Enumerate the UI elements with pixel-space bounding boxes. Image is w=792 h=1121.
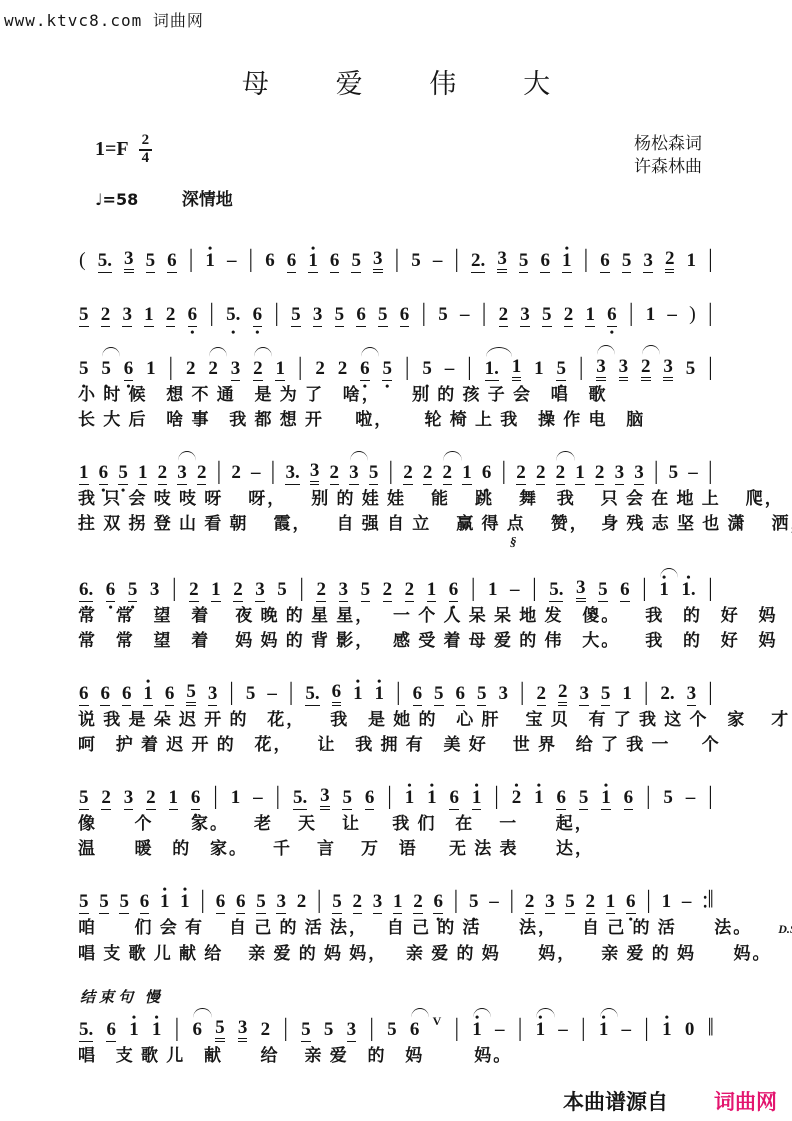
note-token: 3 <box>618 357 630 381</box>
notes-row: 523216•|1–|5.356|1•1•61•|2•1•651•6|5–| <box>78 777 714 810</box>
slur-arc <box>361 347 379 357</box>
note-token: 5 <box>668 463 680 485</box>
note-token: 6 <box>264 251 276 273</box>
note-token: 2 <box>442 463 454 485</box>
song-title: 母 爱 伟 大 <box>0 62 792 101</box>
note-token: 5. <box>97 251 113 273</box>
note-token: 2 <box>260 1020 272 1042</box>
barline: | <box>199 887 206 916</box>
barline: | <box>298 575 305 604</box>
notes-row: 55561•1•|66532|523126•|5•–|235216•|1–:‖ <box>78 881 714 914</box>
note-token: 5 <box>541 305 553 327</box>
barline: | <box>531 575 538 604</box>
note-token: 5 <box>685 359 697 381</box>
note-token: 5 <box>621 251 633 273</box>
note-token: 2 <box>594 463 606 485</box>
note-token: 1.• <box>680 580 696 602</box>
watermark-text: www.ktvc8.com 词曲网 <box>4 8 204 31</box>
note-token: 1 <box>661 892 673 914</box>
note-token: 1• <box>307 251 319 273</box>
note-token: 1• <box>374 684 386 706</box>
dash-extension: – <box>666 305 678 327</box>
note-token: 6• <box>190 788 202 810</box>
lyrics-row: 像 个 家。 老 天 让 我 们 在 一 起， <box>78 813 714 835</box>
barline: | <box>453 246 460 275</box>
note-token: 1 <box>230 788 242 810</box>
note-token: 5. <box>548 580 564 602</box>
slur-arc <box>473 1008 491 1018</box>
note-token: 3 <box>338 580 350 602</box>
note-token: 2 <box>145 788 157 810</box>
lyrics-row: 呵 护 着 迟 开 的 花， 让 我 拥 有 美 好 世 界 给 了 我 一 个 <box>78 734 714 756</box>
notes-row: 6.•6•5•3|21235|2352216•|1–|5.356|1•1.•| <box>78 569 714 602</box>
barline: | <box>643 1015 650 1044</box>
octave-dot-below: • <box>472 913 476 925</box>
note-token: 1• <box>404 788 416 810</box>
note-token: 6 <box>619 580 631 602</box>
note-token: 2• <box>511 788 523 810</box>
barline: | <box>274 783 281 812</box>
barline: | <box>470 575 477 604</box>
note-token: 6 <box>331 682 343 706</box>
note-token: 3 <box>149 580 161 602</box>
note-token: 2 <box>165 305 177 327</box>
octave-dot-above: • <box>356 675 360 687</box>
octave-dot-below: • <box>108 601 112 613</box>
slur-arc <box>486 347 512 357</box>
note-token: 3 <box>348 463 360 485</box>
note-token: 1• <box>471 1020 483 1042</box>
octave-dot-below: • <box>559 380 563 392</box>
key-signature: 1=F 2 4 <box>95 133 152 167</box>
note-token: 2 <box>185 359 197 381</box>
note-token: 6 <box>191 1020 203 1042</box>
notes-row: 523126•|5.•6•|535656|5–|235216•|1–)| <box>78 294 714 327</box>
notes-row: (5.356|1•–|661•653|5–|2.3561•|65321| <box>78 240 714 273</box>
note-token: 2 <box>232 580 244 602</box>
note-token: 1 <box>621 684 633 706</box>
note-token: 3 <box>275 892 287 914</box>
note-token: 2 <box>515 463 527 485</box>
slur-arc <box>660 568 678 578</box>
note-token: 2 <box>230 463 242 485</box>
barline: | <box>288 679 295 708</box>
note-token: 2 <box>557 682 569 706</box>
note-token: 3. <box>284 463 300 485</box>
octave-dot-below: • <box>451 601 455 613</box>
note-token: 2 <box>100 305 112 327</box>
note-token: 5 <box>433 684 445 706</box>
note-token: 6• <box>432 892 444 914</box>
octave-dot-above: • <box>604 779 608 791</box>
dash-extension: – <box>494 1020 506 1042</box>
notes-row: 6661•653|5–|5.61•1•|65653|22351|2.3| <box>78 673 714 706</box>
note-token: 6 <box>99 684 111 706</box>
note-token: 2 <box>404 580 416 602</box>
note-token: 3 <box>578 684 590 706</box>
barline: | <box>653 458 660 487</box>
note-token: 1• <box>204 251 216 273</box>
note-token: 2 <box>524 892 536 914</box>
note-token: 5 <box>331 892 343 914</box>
note-token: 1 <box>605 892 617 914</box>
note-token: 2 <box>412 892 424 914</box>
octave-dot-below: • <box>104 380 108 392</box>
dash-extension: – <box>250 463 262 485</box>
phrase-paren: ) <box>688 304 697 327</box>
note-token: 2 <box>188 580 200 602</box>
barline: | <box>707 246 714 275</box>
note-token: 1 <box>426 580 438 602</box>
octave-dot-below: • <box>629 913 633 925</box>
note-token: 3 <box>544 892 556 914</box>
note-token: 5 <box>564 892 576 914</box>
note-token: 5 <box>334 305 346 327</box>
note-token: 5 <box>377 305 389 327</box>
octave-dot-above: • <box>430 779 434 791</box>
note-token: 1• <box>661 1020 673 1042</box>
expression-marking: 深情地 <box>182 190 233 210</box>
note-token: 5 <box>185 682 197 706</box>
octave-dot-above: • <box>208 242 212 254</box>
note-token: 6• <box>606 305 618 327</box>
note-token: 5. <box>292 788 308 810</box>
note-token: 5• <box>381 359 393 381</box>
note-token: 2 <box>555 463 567 485</box>
ds-mark: D.S. <box>778 922 792 936</box>
octave-dot-below: • <box>385 380 389 392</box>
note-token: 5 <box>662 788 674 810</box>
note-token: 2 <box>536 684 548 706</box>
slur-arc <box>193 1008 211 1018</box>
note-token: 5 <box>300 1020 312 1042</box>
note-token: 6 <box>599 251 611 273</box>
barline: | <box>580 1015 587 1044</box>
octave-dot-above: • <box>146 675 150 687</box>
slur-arc <box>178 451 196 461</box>
lyrics-row: 唱 支 歌 儿 献 给 亲 爱 的 妈 妈。 <box>78 1045 714 1067</box>
note-token: 6• <box>625 892 637 914</box>
octave-dot-below: • <box>485 484 489 496</box>
lyrics-row: 长 大 后 啥 事 我 都 想 开 啦， 轮 椅 上 我 操 作 电 脑 <box>78 409 714 431</box>
octave-dot-below: • <box>436 913 440 925</box>
dash-extension: – <box>509 580 521 602</box>
barline: :‖ <box>701 887 714 916</box>
barline: | <box>282 1015 289 1044</box>
note-token: 6 <box>399 305 411 327</box>
barline: | <box>394 246 401 275</box>
note-token: 1• <box>535 1020 547 1042</box>
dash-extension: – <box>432 251 444 273</box>
time-signature-denominator: 4 <box>142 151 150 167</box>
note-token: 1 <box>168 788 180 810</box>
note-token: 3 <box>497 684 509 706</box>
barline: | <box>228 679 235 708</box>
lyrics-row: 温 暖 的 家。 千 言 万 语 无 法 表 达， <box>78 838 714 860</box>
note-token: 5• <box>555 359 567 381</box>
note-token: 5 <box>578 788 590 810</box>
notes-row: 16•5•1232|2–|3.3235|22216•|2221233|5–| <box>78 452 714 485</box>
note-token: 3 <box>346 1020 358 1042</box>
note-token: 3 <box>312 305 324 327</box>
slur-arc <box>600 1008 618 1018</box>
barline: | <box>493 783 500 812</box>
note-token: 2 <box>100 788 112 810</box>
note-token: 3 <box>642 251 654 273</box>
breath-mark: V <box>432 1022 443 1042</box>
barline: | <box>168 354 175 383</box>
note-token: 5 <box>323 1020 335 1042</box>
barline: | <box>420 300 427 329</box>
note-token: 3 <box>372 249 384 273</box>
note-token: 3 <box>575 578 587 602</box>
note-token: 5 <box>518 251 530 273</box>
note-token: 3 <box>237 1018 249 1042</box>
note-token: 3 <box>123 788 135 810</box>
note-token: 5• <box>100 359 112 381</box>
barline: | <box>270 458 277 487</box>
note-token: 5 <box>476 684 488 706</box>
barline: | <box>707 679 714 708</box>
note-token: 6 <box>555 788 567 810</box>
note-token: 1• <box>598 1020 610 1042</box>
barline: | <box>643 679 650 708</box>
barline: | <box>707 783 714 812</box>
octave-dot-below: • <box>130 601 134 613</box>
source-prefix: 本曲谱源自 <box>563 1086 668 1116</box>
note-token: 3 <box>662 357 674 381</box>
composer-credit: 许森林曲 <box>634 155 702 178</box>
barline: | <box>404 354 411 383</box>
barline: | <box>628 300 635 329</box>
note-token: 1 <box>584 305 596 327</box>
slur-arc <box>209 347 227 357</box>
note-token: 2 <box>157 463 169 485</box>
note-token: 6 <box>409 1020 421 1042</box>
note-token: 6• <box>187 305 199 327</box>
note-token: 3 <box>496 249 508 273</box>
note-token: 6 <box>286 251 298 273</box>
note-token: 2 <box>535 463 547 485</box>
note-token: 3 <box>121 305 133 327</box>
music-system: (5.356|1•–|661•653|5–|2.3561•|65321| <box>78 240 714 273</box>
octave-dot-above: • <box>686 571 690 583</box>
note-token: 1 <box>461 463 473 485</box>
note-token: 2 <box>382 580 394 602</box>
note-token: 6• <box>252 305 264 327</box>
score: (5.356|1•–|661•653|5–|2.3561•|65321|5231… <box>78 240 714 1088</box>
note-token: 1 <box>511 357 523 381</box>
music-system: 523126•|5.•6•|535656|5–|235216•|1–)| <box>78 294 714 327</box>
note-token: 1 <box>78 463 90 485</box>
music-system: 55561•1•|66532|523126•|5•–|235216•|1–:‖咱… <box>78 881 714 965</box>
barline: | <box>174 1015 181 1044</box>
note-token: 5 <box>245 684 257 706</box>
note-token: 2 <box>329 463 341 485</box>
note-token: 2 <box>196 463 208 485</box>
notes-row: 5•5•6•1|22321|226•5•|5•–|1.115•|33235| <box>78 348 714 381</box>
note-token: 2 <box>296 892 308 914</box>
note-token: 3 <box>176 463 188 485</box>
note-token: 3 <box>519 305 531 327</box>
octave-dot-below: • <box>121 484 125 496</box>
octave-dot-below: • <box>610 326 614 338</box>
note-token: 6 <box>623 788 635 810</box>
octave-dot-below: • <box>231 326 235 338</box>
barline: | <box>216 458 223 487</box>
note-token: 6• <box>448 580 460 602</box>
note-token: 6• <box>123 359 135 381</box>
note-token: 1• <box>151 1020 163 1042</box>
barline: | <box>453 1015 460 1044</box>
octave-dot-below: • <box>126 380 130 392</box>
dash-extension: – <box>621 1020 633 1042</box>
quarter-note-icon: ♩ <box>95 190 103 209</box>
note-token: 5 <box>145 251 157 273</box>
dash-extension: – <box>488 892 500 914</box>
note-token: 5 <box>597 580 609 602</box>
note-token: 2 <box>314 359 326 381</box>
barline: | <box>707 458 714 487</box>
barline: | <box>316 887 323 916</box>
slur-arc <box>102 347 120 357</box>
note-token: 5• <box>78 359 90 381</box>
note-token: 6.• <box>78 580 94 602</box>
note-token: 6 <box>364 788 376 810</box>
note-token: 3 <box>372 892 384 914</box>
music-system: 523216•|1–|5.356|1•1•61•|2•1•651•6|5–|像 … <box>78 777 714 860</box>
octave-dot-above: • <box>407 779 411 791</box>
note-token: 1• <box>352 684 364 706</box>
note-token: 6• <box>105 580 117 602</box>
barline: | <box>171 575 178 604</box>
lyrics-row: 常 常 望 着 妈 妈 的 背 影， 感 受 着 母 爱 的 伟 大。 我 的 … <box>78 630 714 652</box>
note-token: 1• <box>426 788 438 810</box>
note-token: 5 <box>437 305 449 327</box>
octave-dot-below: • <box>425 380 429 392</box>
note-token: 1• <box>533 788 545 810</box>
barline: | <box>188 246 195 275</box>
note-token: 1 <box>274 359 286 381</box>
barline: | <box>248 246 255 275</box>
note-token: 6 <box>166 251 178 273</box>
octave-dot-above: • <box>537 779 541 791</box>
note-token: 5 <box>255 892 267 914</box>
dash-extension: – <box>226 251 238 273</box>
sheet-music-page: www.ktvc8.com 词曲网 母 爱 伟 大 1=F 2 4 杨松森词 许… <box>0 0 792 1121</box>
notes-row: 5.61•1•|6532|553|56V|1•–|1•–|1•–|1•0‖ <box>78 1009 714 1042</box>
dash-extension: – <box>459 305 471 327</box>
octave-dot-above: • <box>311 242 315 254</box>
lyrics-row: 常 常 望 着 夜 晚 的 星 星， 一 个 人 呆 呆 地 发 傻。 我 的 … <box>78 605 714 627</box>
note-token: 1 <box>686 251 698 273</box>
note-token: 2 <box>315 580 327 602</box>
lyrics-row: 小 时 候 想 不 通 是 为 了 啥， 别 的 孩 子 会 唱 歌 <box>78 384 714 406</box>
barline: | <box>212 783 219 812</box>
note-token: 3 <box>309 461 321 485</box>
footer: 本曲谱源自 词曲网 <box>0 1086 777 1116</box>
site-name[interactable]: 词曲网 <box>714 1086 777 1116</box>
note-token: 5 <box>410 251 422 273</box>
note-token: 3 <box>595 357 607 381</box>
note-token: 6 <box>455 684 467 706</box>
note-token: 2 <box>563 305 575 327</box>
octave-dot-above: • <box>474 779 478 791</box>
note-token: 2 <box>664 249 676 273</box>
barline: | <box>517 1015 524 1044</box>
note-token: 5 <box>386 1020 398 1042</box>
octave-dot-above: • <box>155 1011 159 1023</box>
barline: | <box>508 887 515 916</box>
note-token: 1• <box>658 580 670 602</box>
slur-arc <box>443 451 461 461</box>
octave-dot-below: • <box>101 484 105 496</box>
note-token: 3 <box>230 359 242 381</box>
note-token: 2. <box>659 684 675 706</box>
music-system: 结束句 慢5.61•1•|6532|553|56V|1•–|1•–|1•–|1•… <box>78 986 714 1067</box>
octave-dot-below: • <box>255 326 259 338</box>
barline: | <box>707 300 714 329</box>
barline: | <box>481 300 488 329</box>
barline: | <box>208 300 215 329</box>
note-token: 6 <box>139 892 151 914</box>
note-token: 0 <box>684 1020 696 1042</box>
slur-arc <box>642 345 660 355</box>
barline: ‖ <box>707 1015 714 1044</box>
octave-dot-below: • <box>84 601 88 613</box>
lyrics-row: 拄 双 拐 登 山 看 朝 霞， 自 强 自 立 赢 得 点 赞， 身 残 志 … <box>78 513 714 535</box>
note-token: 5 <box>214 1018 226 1042</box>
note-token: 2 <box>337 359 349 381</box>
octave-dot-above: • <box>132 1011 136 1023</box>
note-token: 5 <box>360 580 372 602</box>
dash-extension: – <box>687 463 699 485</box>
note-token: 5• <box>421 359 433 381</box>
slur-arc <box>556 451 574 461</box>
note-token: 1• <box>142 684 154 706</box>
note-token: 6 <box>121 684 133 706</box>
note-token: 3 <box>123 249 135 273</box>
note-token: 3 <box>207 684 219 706</box>
barline: | <box>368 1015 375 1044</box>
note-token: 1• <box>128 1020 140 1042</box>
barline: | <box>466 354 473 383</box>
note-token: 5. <box>78 1020 94 1042</box>
note-token: 6 <box>412 684 424 706</box>
note-token: 1. <box>484 359 500 381</box>
note-token: 2 <box>402 463 414 485</box>
barline: | <box>501 458 508 487</box>
barline: | <box>645 783 652 812</box>
note-token: 5 <box>350 251 362 273</box>
note-token: 1 <box>392 892 404 914</box>
octave-dot-below: • <box>82 380 86 392</box>
note-token: 1• <box>600 788 612 810</box>
note-token: 2 <box>585 892 597 914</box>
time-signature-numerator: 2 <box>139 133 153 151</box>
slur-arc <box>411 1008 429 1018</box>
note-token: 2 <box>640 357 652 381</box>
note-token: 5 <box>341 788 353 810</box>
note-token: 1 <box>533 359 545 381</box>
note-token: 6 <box>105 1020 117 1042</box>
note-token: 1 <box>210 580 222 602</box>
note-token: 5• <box>127 580 139 602</box>
time-signature: 2 4 <box>139 133 153 167</box>
note-token: 6 <box>329 251 341 273</box>
note-token: 5 <box>276 580 288 602</box>
note-token: 5. <box>304 684 320 706</box>
